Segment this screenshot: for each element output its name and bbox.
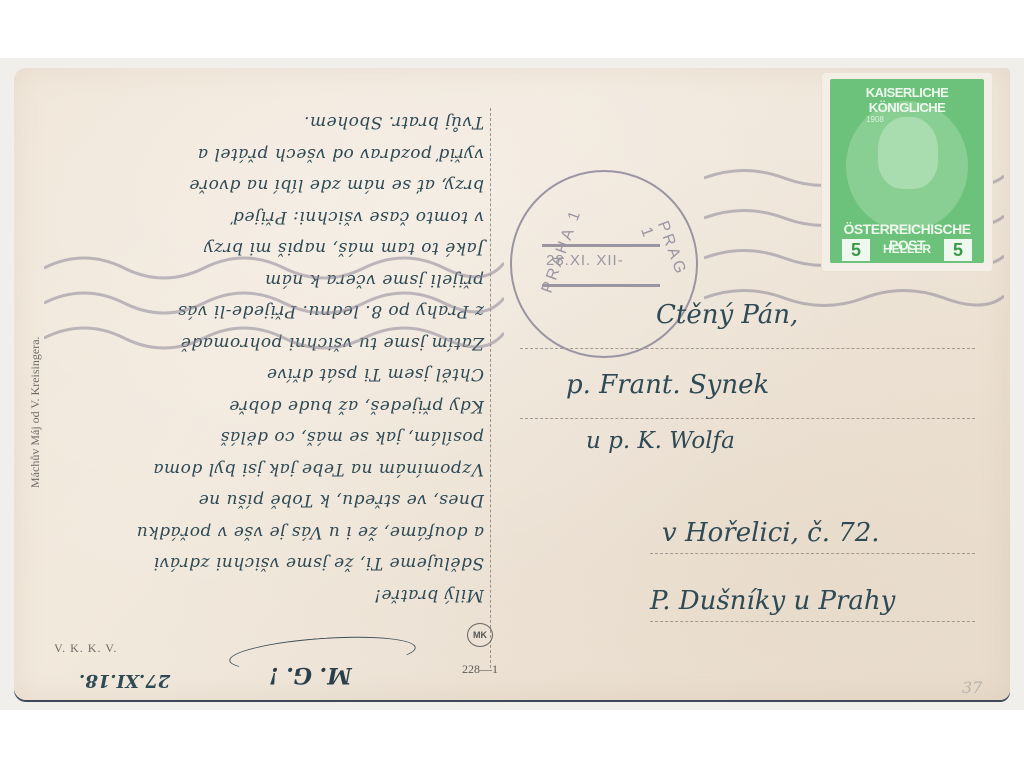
- message-line: Chtěl jsem Ti psát dříve: [44, 358, 490, 390]
- card-number: 228—1: [462, 662, 498, 677]
- address-recipient: p. Frant. Synek: [566, 370, 769, 400]
- address-rule: [650, 553, 975, 554]
- stamp-value-left: 5: [842, 239, 870, 261]
- message-line: v tomto čase všichni: Přijeď: [44, 201, 490, 233]
- address-town: v Hořelici, č. 72.: [662, 518, 880, 548]
- address-salutation: Ctěný Pán,: [656, 300, 798, 330]
- postmark-city-czech: PRAHA 1: [539, 206, 586, 295]
- message-line: posílám, jak se máš, co děláš: [44, 421, 490, 453]
- message-line: Sdělujeme Ti, že jsme všichni zdrávi: [44, 547, 490, 579]
- stamp-portrait: [878, 117, 938, 189]
- cancellation-waves: [44, 248, 504, 358]
- pencil-note: 37: [962, 678, 982, 697]
- stamp-currency: HELLER: [878, 242, 936, 256]
- address-rule: [520, 418, 975, 419]
- address-rule: [650, 621, 975, 622]
- message-line: Dnes, ve středu, k Tobě píšu ne: [44, 484, 490, 516]
- message-line: vyřiď pozdrav od všech přátel a: [44, 138, 490, 170]
- address-care-of: u p. K. Wolfa: [586, 428, 735, 454]
- stamp-text-top: KAISERLICHE KÖNIGLICHE: [840, 85, 974, 115]
- printed-caption: Máchův Máj od V. Kreisingera.: [28, 336, 43, 488]
- message-line: Kdy přijedeš, až bude dobře: [44, 390, 490, 422]
- postmark-date: 28.XI. XII-: [546, 252, 676, 269]
- message-line: Milý bratře!: [44, 579, 490, 611]
- stamp-year: 1908: [866, 115, 884, 124]
- message-line: brzy, ať se nám zde líbí na dvoře: [44, 169, 490, 201]
- address-rule: [520, 348, 975, 349]
- center-divider: [490, 108, 491, 668]
- postcard: Milý bratře! Sdělujeme Ti, že jsme všich…: [14, 68, 1010, 700]
- stamp-value-right: 5: [944, 239, 972, 261]
- message-line: Vzpomínám na Tebe jak jsi byl doma: [44, 453, 490, 485]
- message-line: Tvůj bratr. Sbohem.: [44, 106, 490, 138]
- address-post-office: P. Dušníky u Prahy: [650, 586, 895, 616]
- message-line: a doufáme, že i u Vás je vše v pořádku: [44, 516, 490, 548]
- date-note: 27.XI.18.: [79, 670, 170, 691]
- stamp-face: KAISERLICHE KÖNIGLICHE 1908 ÖSTERREICHIS…: [830, 79, 984, 263]
- postage-stamp: KAISERLICHE KÖNIGLICHE 1908 ÖSTERREICHIS…: [822, 73, 992, 271]
- signature: M. G. !: [269, 662, 352, 688]
- publisher-mark: V. K. K. V.: [54, 641, 117, 656]
- publisher-logo: MK: [467, 623, 493, 647]
